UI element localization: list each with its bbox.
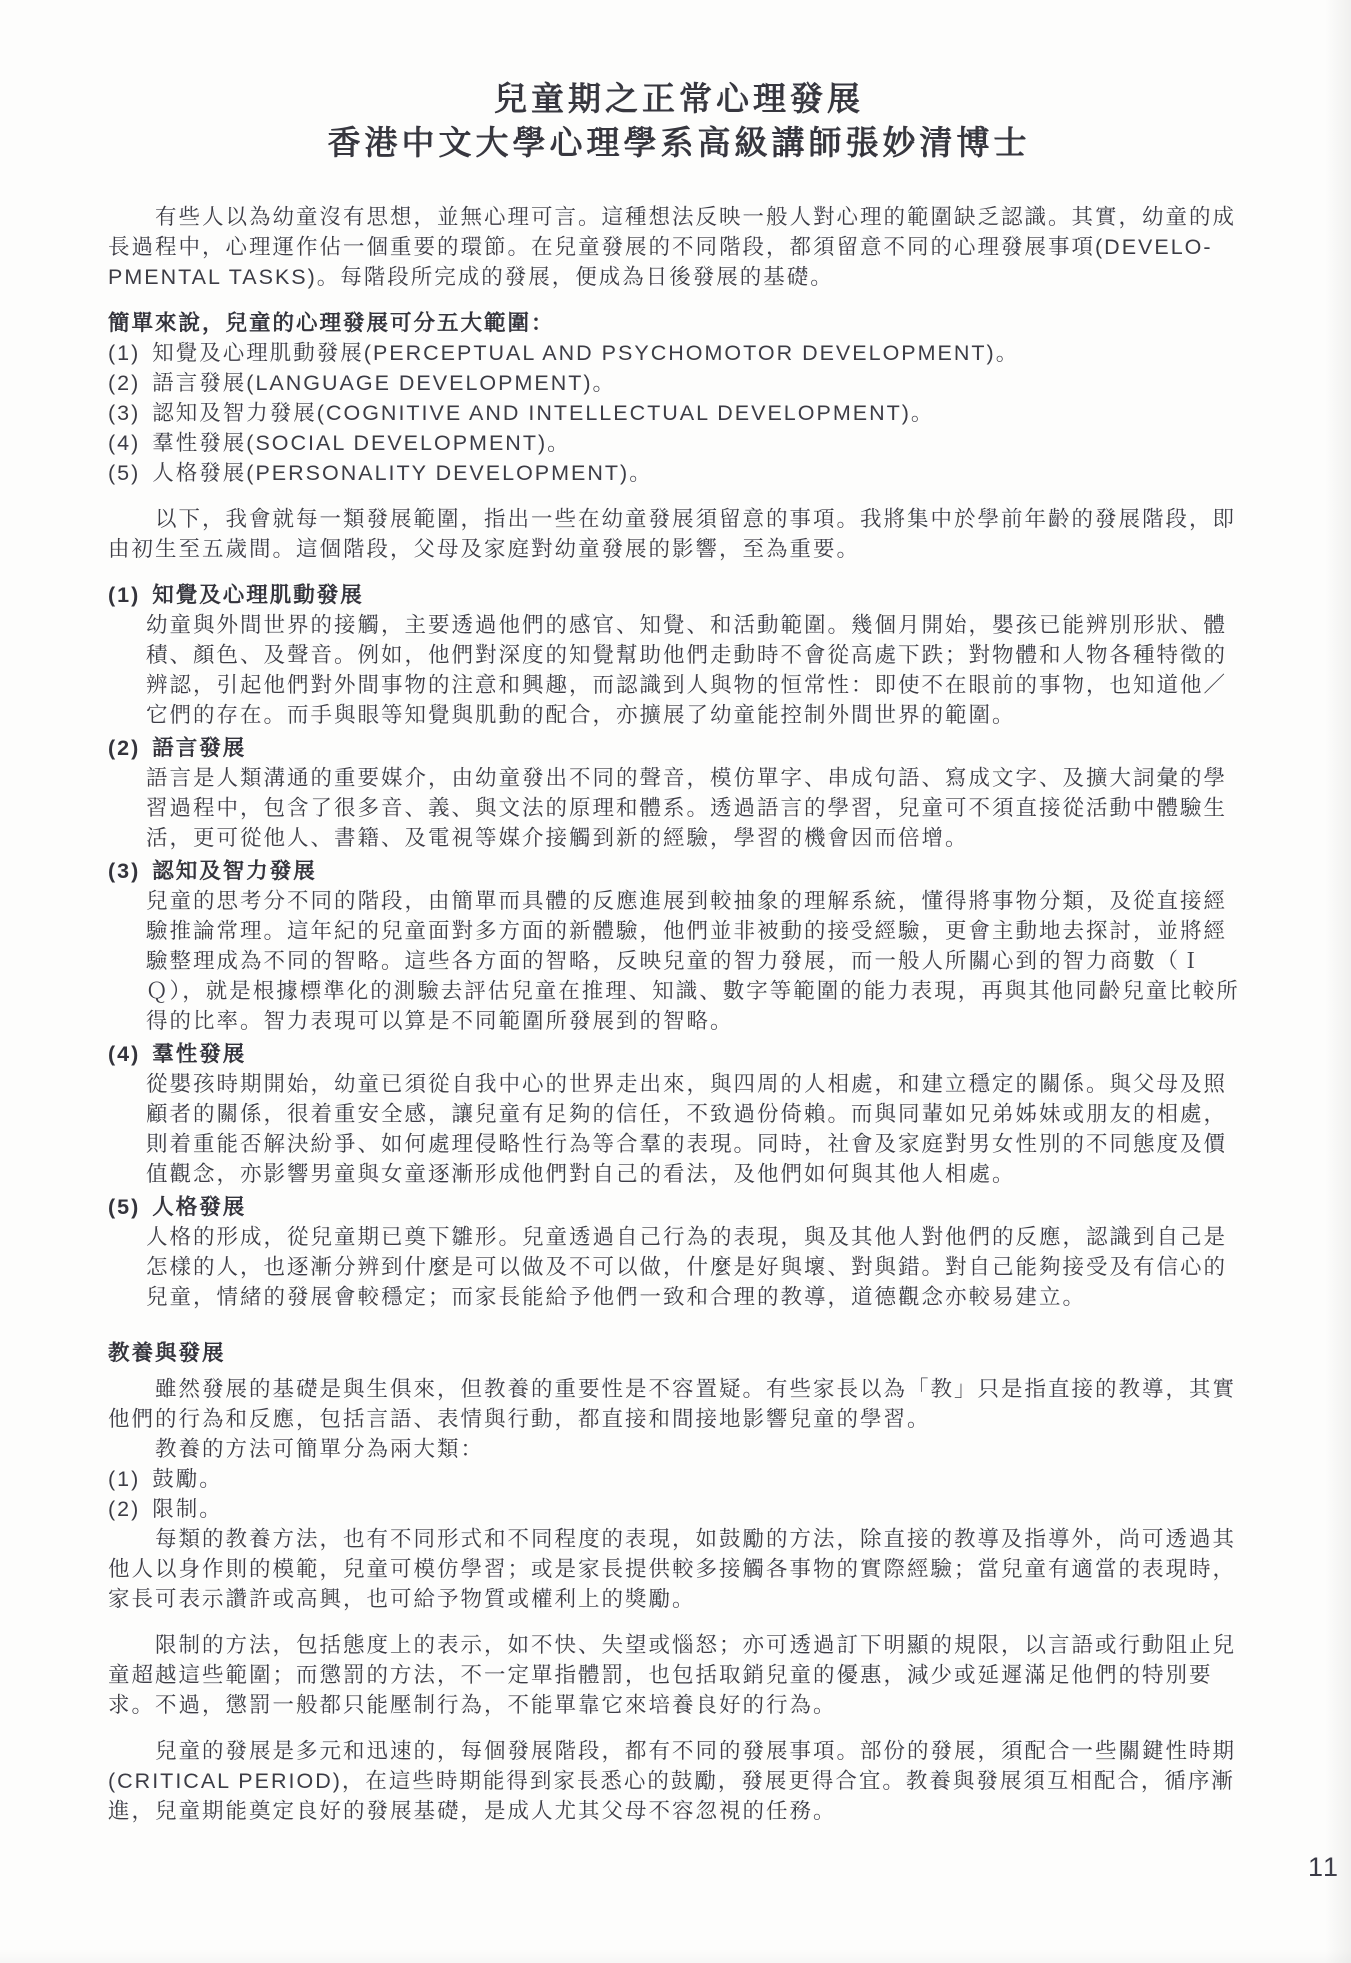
method-item-number: (1) [108, 1464, 140, 1494]
section-number: (1) [108, 583, 140, 607]
section-number: (3) [108, 859, 140, 883]
section-body: 兒童的思考分不同的階段，由簡單而具體的反應進展到較抽象的理解系統，懂得將事物分類… [146, 886, 1250, 1036]
section-heading: (5)人格發展 [108, 1192, 1250, 1222]
list-item-text: 認知及智力發展(COGNITIVE AND INTELLECTUAL DEVEL… [152, 398, 934, 428]
method-item-text: 限制。 [152, 1494, 223, 1524]
list-item-text: 羣性發展(SOCIAL DEVELOPMENT)。 [152, 428, 570, 458]
section-heading: (3)認知及智力發展 [108, 856, 1250, 886]
section-title: 認知及智力發展 [152, 859, 317, 883]
list-item-number: (4) [108, 428, 140, 458]
list-item-text: 語言發展(LANGUAGE DEVELOPMENT)。 [152, 368, 616, 398]
list-item-number: (1) [108, 338, 140, 368]
section-perceptual: (1)知覺及心理肌動發展 幼童與外間世界的接觸，主要透過他們的感官、知覺、和活動… [108, 580, 1250, 730]
nurture-paragraph-1: 雖然發展的基礎是與生俱來，但教養的重要性是不容置疑。有些家長以為「教」只是指直接… [108, 1374, 1250, 1434]
section-body: 從嬰孩時期開始，幼童已須從自我中心的世界走出來，與四周的人相處，和建立穩定的關係… [146, 1069, 1250, 1189]
section-cognitive: (3)認知及智力發展 兒童的思考分不同的階段，由簡單而具體的反應進展到較抽象的理… [108, 856, 1250, 1036]
nurture-paragraph-4: 限制的方法，包括態度上的表示，如不快、失望或惱怒；亦可透過訂下明顯的規限，以言語… [108, 1630, 1250, 1720]
doc-title: 兒童期之正常心理發展 [108, 78, 1250, 120]
method-item-number: (2) [108, 1494, 140, 1524]
section-body: 人格的形成，從兒童期已奠下雛形。兒童透過自己行為的表現，與及其他人對他們的反應，… [146, 1222, 1250, 1312]
section-heading: (4)羣性發展 [108, 1039, 1250, 1069]
list-item-3: (3) 認知及智力發展(COGNITIVE AND INTELLECTUAL D… [108, 398, 1250, 428]
document-content: 兒童期之正常心理發展 香港中文大學心理學系高級講師張妙清博士 有些人以為幼童沒有… [108, 78, 1250, 1826]
document-page: 兒童期之正常心理發展 香港中文大學心理學系高級講師張妙清博士 有些人以為幼童沒有… [0, 0, 1351, 1963]
list-item-number: (5) [108, 458, 140, 488]
section-number: (2) [108, 736, 140, 760]
list-item-1: (1) 知覺及心理肌動發展(PERCEPTUAL AND PSYCHOMOTOR… [108, 338, 1250, 368]
list-item-text: 人格發展(PERSONALITY DEVELOPMENT)。 [152, 458, 652, 488]
section-body: 幼童與外間世界的接觸，主要透過他們的感官、知覺、和活動範圍。幾個月開始，嬰孩已能… [146, 610, 1250, 730]
doc-author-line: 香港中文大學心理學系高級講師張妙清博士 [108, 122, 1250, 164]
section-number: (4) [108, 1042, 140, 1066]
section-language: (2)語言發展 語言是人類溝通的重要媒介，由幼童發出不同的聲音，模仿單字、串成句… [108, 733, 1250, 853]
section-body: 語言是人類溝通的重要媒介，由幼童發出不同的聲音，模仿單字、串成句語、寫成文字、及… [146, 763, 1250, 853]
nurture-heading: 教養與發展 [108, 1338, 1250, 1368]
list-item-5: (5) 人格發展(PERSONALITY DEVELOPMENT)。 [108, 458, 1250, 488]
section-heading: (2)語言發展 [108, 733, 1250, 763]
overview-paragraph: 以下，我會就每一類發展範圍，指出一些在幼童發展須留意的事項。我將集中於學前年齡的… [108, 504, 1250, 564]
section-social: (4)羣性發展 從嬰孩時期開始，幼童已須從自我中心的世界走出來，與四周的人相處，… [108, 1039, 1250, 1189]
section-title: 人格發展 [152, 1195, 246, 1219]
section-title: 語言發展 [152, 736, 246, 760]
list-item-text: 知覺及心理肌動發展(PERCEPTUAL AND PSYCHOMOTOR DEV… [152, 338, 1019, 368]
section-title: 知覺及心理肌動發展 [152, 583, 364, 607]
page-number: 11 [1308, 1851, 1340, 1883]
list-item-number: (2) [108, 368, 140, 398]
list-item-4: (4) 羣性發展(SOCIAL DEVELOPMENT)。 [108, 428, 1250, 458]
nurture-paragraph-2: 教養的方法可簡單分為兩大類： [108, 1434, 1250, 1464]
nurture-paragraph-3: 每類的教養方法，也有不同形式和不同程度的表現，如鼓勵的方法，除直接的教導及指導外… [108, 1524, 1250, 1614]
method-item-encourage: (1) 鼓勵。 [108, 1464, 1250, 1494]
method-item-text: 鼓勵。 [152, 1464, 223, 1494]
five-areas-heading: 簡單來說，兒童的心理發展可分五大範圍： [108, 308, 1250, 338]
section-heading: (1)知覺及心理肌動發展 [108, 580, 1250, 610]
closing-paragraph: 兒童的發展是多元和迅速的，每個發展階段，都有不同的發展事項。部份的發展，須配合一… [108, 1736, 1250, 1826]
intro-paragraph: 有些人以為幼童沒有思想，並無心理可言。這種想法反映一般人對心理的範圍缺乏認識。其… [108, 202, 1250, 292]
method-item-restrict: (2) 限制。 [108, 1494, 1250, 1524]
list-item-number: (3) [108, 398, 140, 428]
section-number: (5) [108, 1195, 140, 1219]
section-personality: (5)人格發展 人格的形成，從兒童期已奠下雛形。兒童透過自己行為的表現，與及其他… [108, 1192, 1250, 1312]
section-title: 羣性發展 [152, 1042, 246, 1066]
list-item-2: (2) 語言發展(LANGUAGE DEVELOPMENT)。 [108, 368, 1250, 398]
